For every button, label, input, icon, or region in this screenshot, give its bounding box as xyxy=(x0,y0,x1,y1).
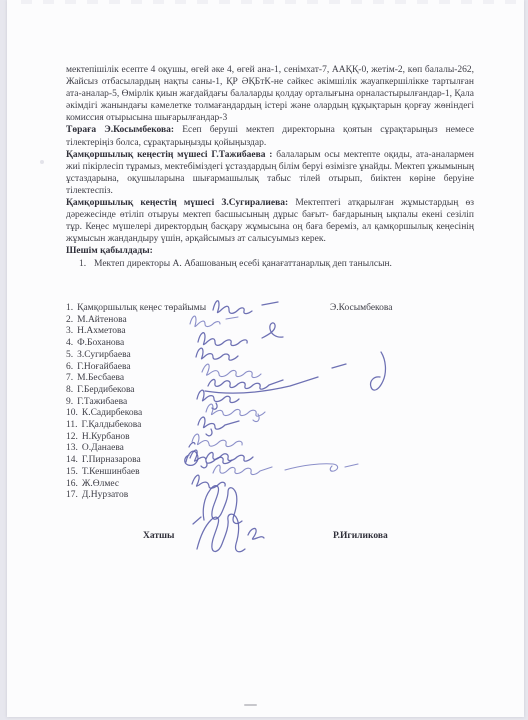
signatory-row: 10.К.Садирбекова xyxy=(66,408,406,420)
minutes-body: мектепішілік есепте 4 оқушы, өгей әке 4,… xyxy=(66,64,474,270)
signatory-row: 1.Қамқоршылық кеңес төрайымыЭ.Косымбеков… xyxy=(66,303,406,315)
signatory-label: Т.Кеншинбаев xyxy=(82,467,140,477)
signatory-number: 9. xyxy=(66,397,73,407)
signatory-row: 12.Н.Курбанов xyxy=(66,432,406,444)
speech-chairperson: Төраға Э.Косымбекова: Есеп беруші мектеп… xyxy=(66,124,474,148)
signatory-label: Ж.Өлмес xyxy=(82,479,119,489)
signatory-label: Н.Ахметова xyxy=(77,326,125,336)
decision-heading: Шешім қабылдады: xyxy=(66,245,474,257)
speech-member-sugiralieva: Қамқоршылық кеңестің мүшесі З.Сугиралиев… xyxy=(66,197,474,245)
signatory-label: М.Айтенова xyxy=(77,315,127,325)
signatory-label: Г.Бердибекова xyxy=(77,385,134,395)
signatory-row: 3.Н.Ахметова xyxy=(66,326,406,338)
signatory-number: 13. xyxy=(66,443,78,453)
signatory-number: 3. xyxy=(66,326,73,336)
signatory-row: 4.Ф.Боханова xyxy=(66,338,406,350)
footer-signature-line: Хатшы Р.Игиликова xyxy=(66,531,474,545)
signatory-number: 17. xyxy=(66,490,78,500)
signatory-label: Г.Ноғайбаева xyxy=(77,362,130,372)
signatory-label: Г.Тажибаева xyxy=(77,397,127,407)
signatory-number: 12. xyxy=(66,432,78,442)
signatory-label: З.Сугирбаева xyxy=(77,350,131,360)
scan-smudge xyxy=(244,704,257,706)
signatory-row: 6.Г.Ноғайбаева xyxy=(66,362,406,374)
decision-item-number: 1. xyxy=(79,258,94,270)
signatory-label: Г.Қалдыбекова xyxy=(82,420,142,430)
scan-edge-artifact xyxy=(21,0,524,4)
signatory-label: Д.Нурзатов xyxy=(82,490,128,500)
statistics-paragraph: мектепішілік есепте 4 оқушы, өгей әке 4,… xyxy=(66,64,474,124)
chairperson-name: Э.Косымбекова xyxy=(330,303,393,315)
signatory-number: 2. xyxy=(66,315,73,325)
signatory-label: Қамқоршылық кеңес төрайымы xyxy=(77,303,206,313)
signatory-number: 8. xyxy=(66,385,73,395)
signatory-row: 5.З.Сугирбаева xyxy=(66,350,406,362)
signatory-row: 14.Г.Пирназарова xyxy=(66,455,406,467)
signatory-number: 6. xyxy=(66,362,73,372)
speaker-name: Төраға Э.Косымбекова: xyxy=(66,125,174,135)
scan-background: { "colors": { "background": "#e7e7ee", "… xyxy=(0,0,528,720)
signatory-row: 13.О.Данаева xyxy=(66,443,406,455)
document-page: мектепішілік есепте 4 оқушы, өгей әке 4,… xyxy=(7,0,524,717)
secretary-name: Р.Игиликова xyxy=(333,531,388,541)
speech-member-tazhibaeva: Қамқоршылық кеңестің мүшесі Г.Тажибаева … xyxy=(66,149,474,197)
signatory-number: 11. xyxy=(66,420,78,430)
signatory-number: 16. xyxy=(66,479,78,489)
speaker-name: Қамқоршылық кеңестің мүшесі З.Сугиралиев… xyxy=(66,198,288,208)
signatory-label: О.Данаева xyxy=(82,443,124,453)
signatory-row: 15.Т.Кеншинбаев xyxy=(66,467,406,479)
signatory-number: 10. xyxy=(66,408,78,418)
signatory-label: Н.Курбанов xyxy=(82,432,130,442)
signatory-row: 16.Ж.Өлмес xyxy=(66,479,406,491)
signatories-list: 1.Қамқоршылық кеңес төрайымыЭ.Косымбеков… xyxy=(66,303,406,502)
signatory-row: 11.Г.Қалдыбекова xyxy=(66,420,406,432)
secretary-role-label: Хатшы xyxy=(143,531,174,541)
signatory-number: 4. xyxy=(66,338,73,348)
signatory-number: 7. xyxy=(66,373,73,383)
signatory-label: Г.Пирназарова xyxy=(82,455,141,465)
signatory-label: Ф.Боханова xyxy=(77,338,124,348)
scan-speck xyxy=(40,160,44,164)
signatory-row: 2.М.Айтенова xyxy=(66,315,406,327)
signatory-number: 14. xyxy=(66,455,78,465)
signatory-row: 7.М.Бесбаева xyxy=(66,373,406,385)
speaker-name: Қамқоршылық кеңестің мүшесі Г.Тажибаева … xyxy=(66,150,272,160)
signatory-row: 9.Г.Тажибаева xyxy=(66,397,406,409)
signatory-number: 15. xyxy=(66,467,78,477)
decision-item-text: Мектеп директоры А. Абашованың есебі қан… xyxy=(94,259,392,269)
signatory-number: 5. xyxy=(66,350,73,360)
signatory-label: М.Бесбаева xyxy=(77,373,124,383)
signatory-row: 17.Д.Нурзатов xyxy=(66,490,406,502)
decision-item: 1.Мектеп директоры А. Абашованың есебі қ… xyxy=(66,258,474,270)
signatory-row: 8.Г.Бердибекова xyxy=(66,385,406,397)
signatory-label: К.Садирбекова xyxy=(82,408,142,418)
signatory-number: 1. xyxy=(66,303,73,313)
